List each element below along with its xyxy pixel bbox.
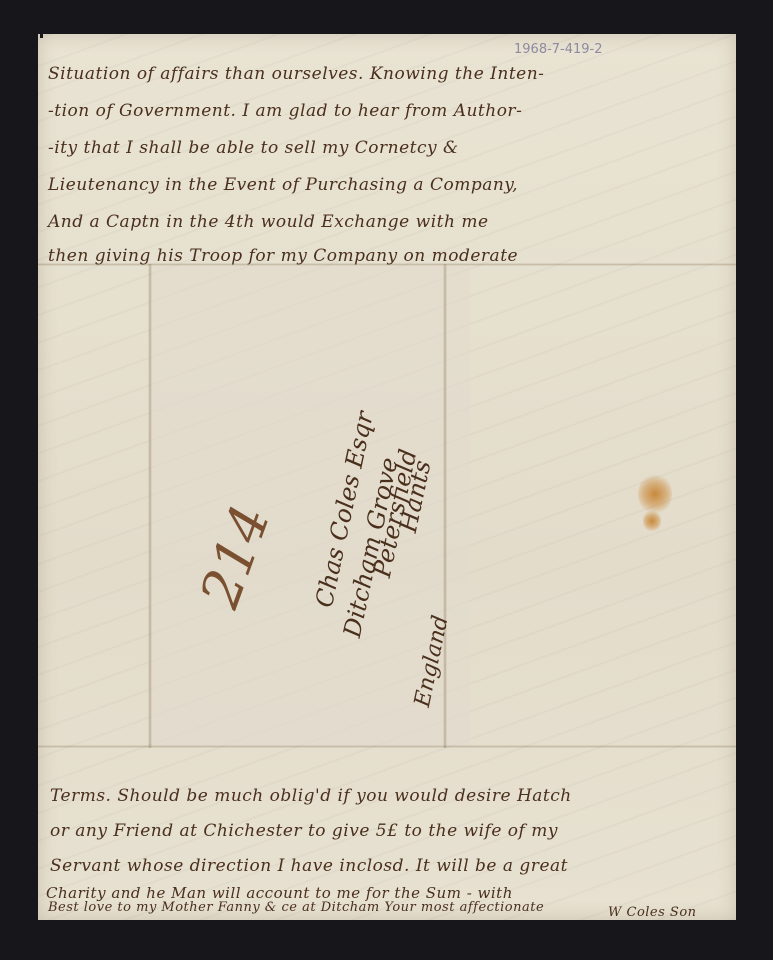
fold-line-left	[148, 264, 152, 748]
fold-line-bottom	[38, 745, 736, 748]
letter-page: 1968-7-419-2 Situation of affairs than o…	[38, 34, 736, 920]
text-line: Terms. Should be much oblig'd if you wou…	[50, 786, 572, 806]
text-line: Servant whose direction I have inclosd. …	[50, 856, 568, 876]
paper-stain	[643, 510, 661, 532]
text-line: Lieutenancy in the Event of Purchasing a…	[48, 175, 518, 195]
catalogue-number: 1968-7-419-2	[514, 42, 603, 57]
text-line: -tion of Government. I am glad to hear f…	[48, 101, 522, 121]
text-line: And a Captn in the 4th would Exchange wi…	[48, 212, 489, 232]
text-line: Situation of affairs than ourselves. Kno…	[48, 64, 544, 84]
signature: W Coles Son	[608, 905, 697, 920]
fold-line-right	[443, 264, 447, 748]
text-line: or any Friend at Chichester to give 5£ t…	[50, 821, 558, 841]
torn-corner	[40, 34, 43, 38]
text-line: -ity that I shall be able to sell my Cor…	[48, 138, 459, 158]
text-line: then giving his Troop for my Company on …	[48, 246, 518, 266]
text-line: Best love to my Mother Fanny & ce at Dit…	[48, 900, 544, 915]
paper-stain	[638, 474, 672, 514]
